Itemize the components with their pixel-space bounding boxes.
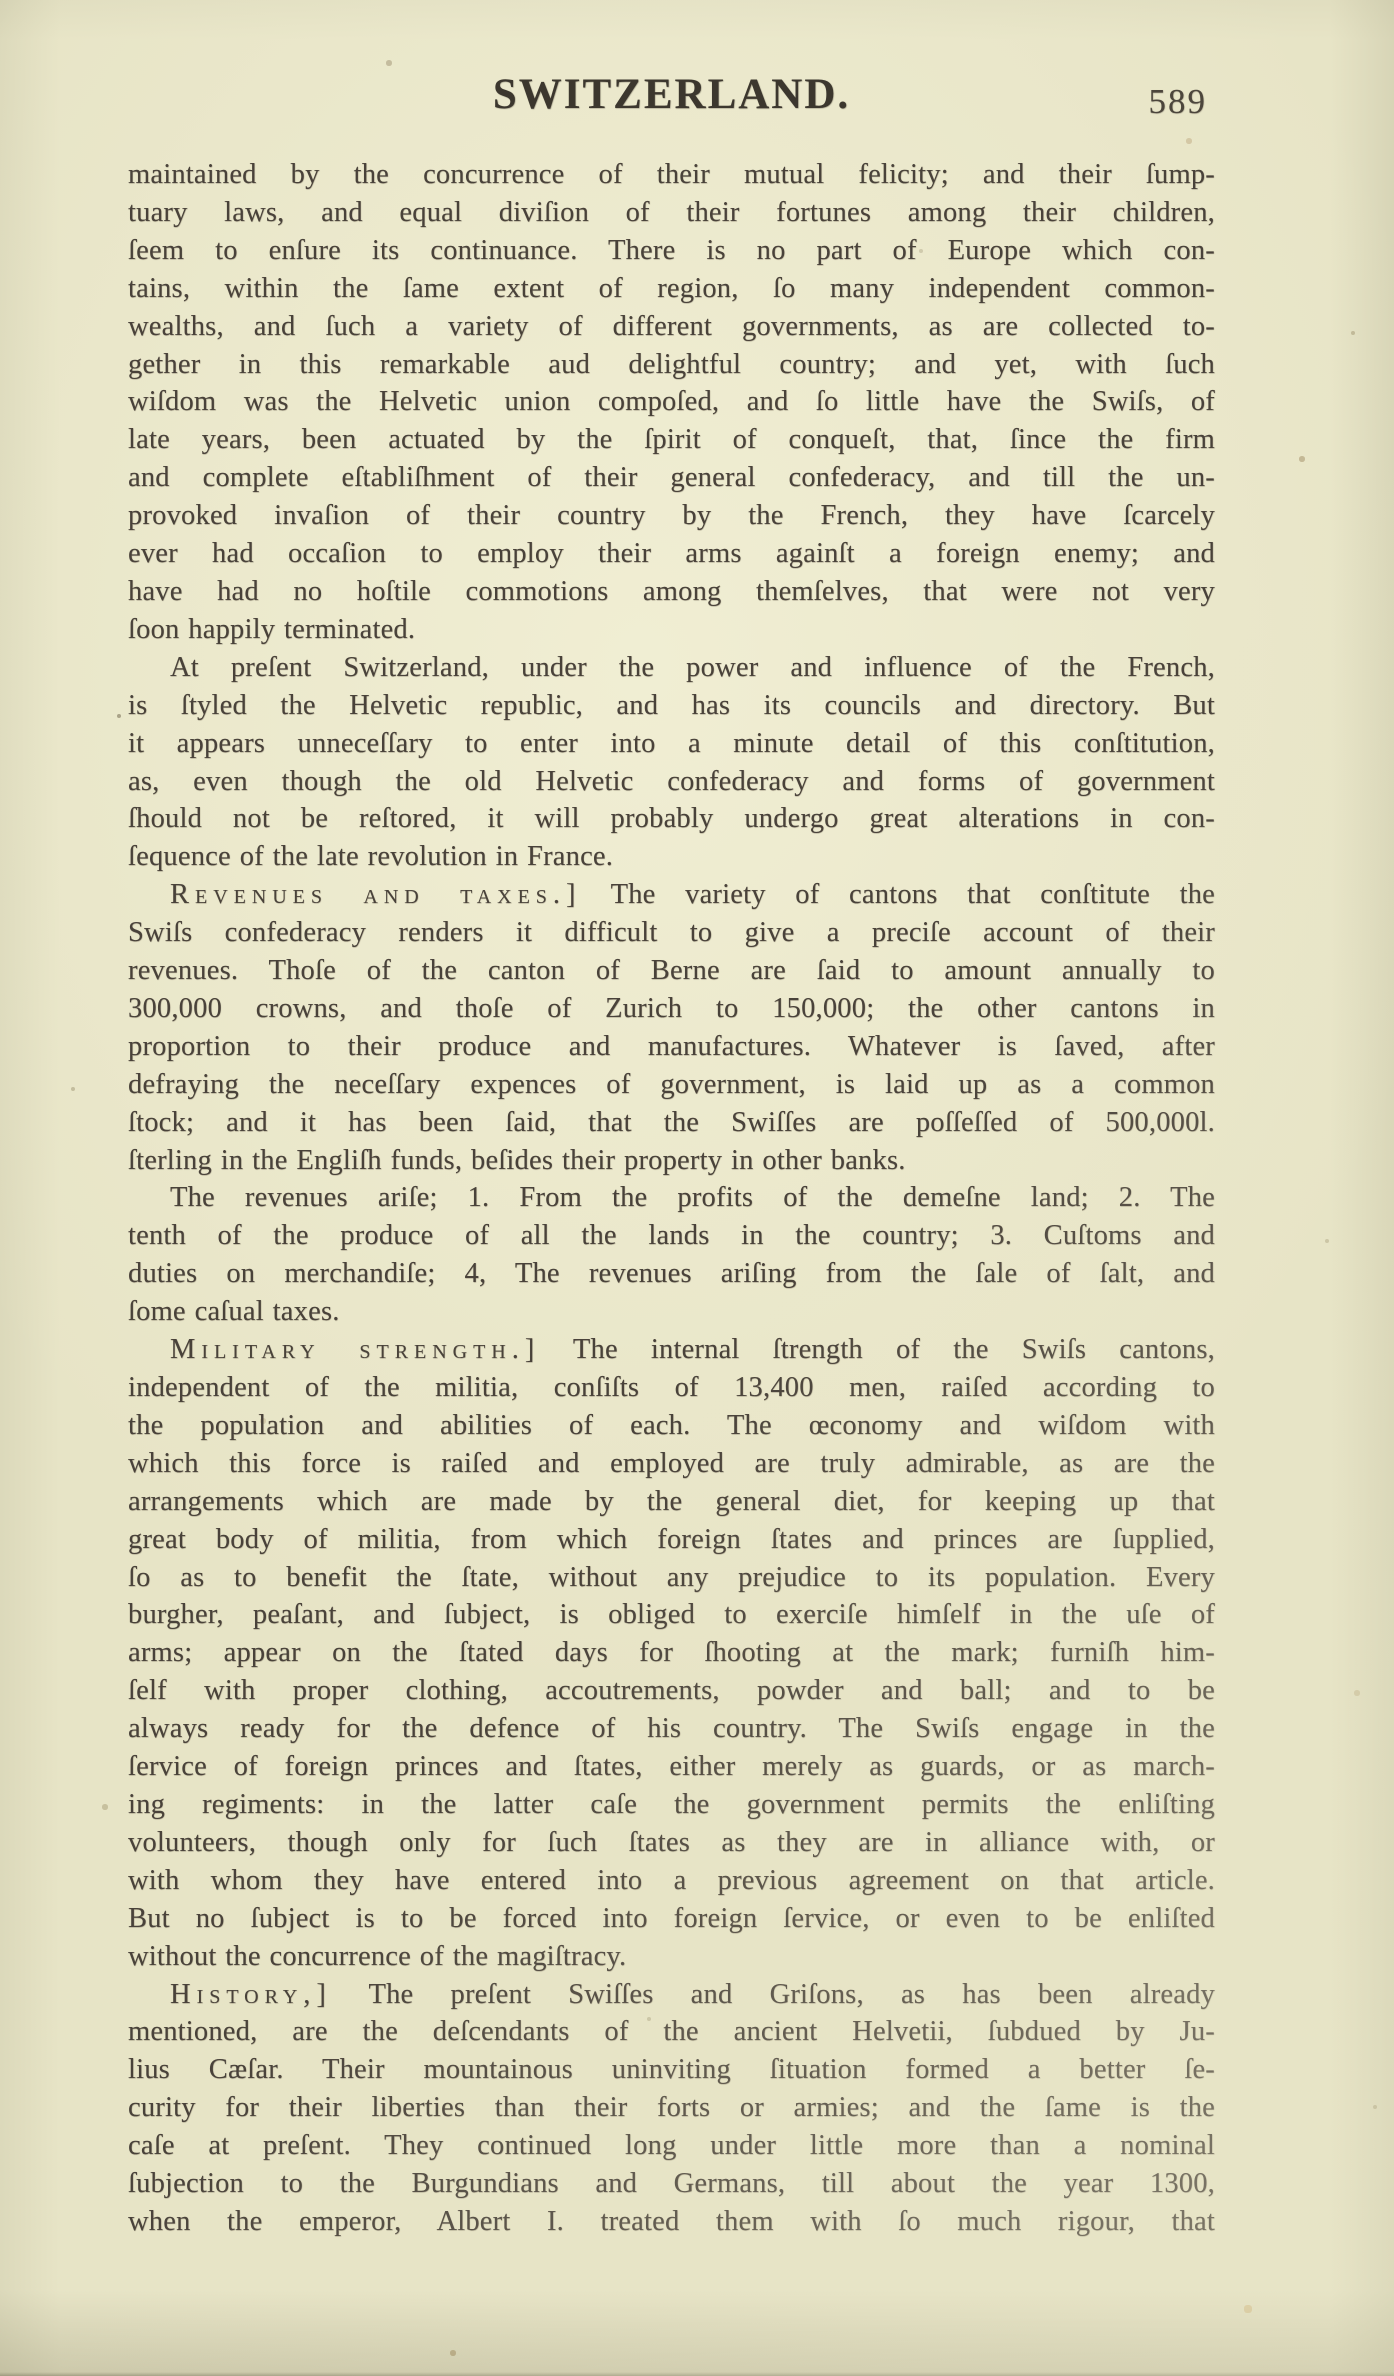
line-text: burgher, peaſant, and ſubject, is oblige…: [128, 1599, 1215, 1630]
text-line: ſoon happily terminated.: [128, 611, 1215, 649]
line-text: great body of militia, from which foreig…: [128, 1524, 1215, 1555]
line-text: maintained by the concurrence of their m…: [128, 159, 1215, 190]
text-line: volunteers, though only for ſuch ſtates …: [128, 1824, 1215, 1862]
text-line: wealths, and ſuch a variety of different…: [128, 308, 1215, 346]
text-line: ſervice of foreign princes and ſtates, e…: [128, 1748, 1215, 1786]
line-text: as, even though the old Helvetic confede…: [128, 766, 1215, 797]
line-text: and complete eſtabliſhment of their gene…: [128, 462, 1215, 493]
line-text: when the emperor, Albert I. treated them…: [128, 2206, 1215, 2237]
line-text: At preſent Switzerland, under the power …: [170, 652, 1215, 683]
text-line: caſe at preſent. They continued long und…: [128, 2127, 1215, 2165]
line-text: The revenues ariſe; 1. From the profits …: [170, 1182, 1215, 1213]
line-text: with whom they have entered into a previ…: [128, 1865, 1215, 1896]
text-line: as, even though the old Helvetic confede…: [128, 763, 1215, 801]
line-text: arrangements which are made by the gener…: [128, 1486, 1215, 1517]
text-line: tains, within the ſame extent of region,…: [128, 270, 1215, 308]
line-text: But no ſubject is to be forced into fore…: [128, 1903, 1215, 1934]
line-text: ſterling in the Engliſh funds, beſides t…: [128, 1145, 906, 1176]
line-text: wealths, and ſuch a variety of different…: [128, 311, 1215, 342]
line-text: provoked invaſion of their country by th…: [128, 500, 1215, 531]
text-line: with whom they have entered into a previ…: [128, 1862, 1215, 1900]
line-text: it appears unneceſſary to enter into a m…: [128, 728, 1215, 759]
text-line: ſome caſual taxes.: [128, 1293, 1215, 1331]
text-line: History,] The preſent Swiſſes and Griſon…: [128, 1976, 1215, 2014]
text-line: curity for their liberties than their fo…: [128, 2089, 1215, 2127]
line-text: ſequence of the late revolution in Franc…: [128, 841, 613, 872]
line-text: tenth of the produce of all the lands in…: [128, 1220, 1215, 1251]
section-heading: History,]: [170, 1979, 332, 2010]
line-text: arms; appear on the ſtated days for ſhoo…: [128, 1637, 1215, 1668]
text-line: mentioned, are the deſcendants of the an…: [128, 2013, 1215, 2051]
paper-specks: [0, 0, 2, 2]
text-line: Swiſs confederacy renders it difficult t…: [128, 914, 1215, 952]
text-line: ſelf with proper clothing, accoutrements…: [128, 1672, 1215, 1710]
line-text: The variety of cantons that conſtitute t…: [581, 879, 1215, 910]
line-text: ſelf with proper clothing, accoutrements…: [128, 1675, 1215, 1706]
line-text: duties on merchandiſe; 4, The revenues a…: [128, 1258, 1215, 1289]
line-text: independent of the militia, conſiſts of …: [128, 1372, 1215, 1403]
text-line: But no ſubject is to be forced into fore…: [128, 1900, 1215, 1938]
text-line: wiſdom was the Helvetic union compoſed, …: [128, 383, 1215, 421]
line-text: ever had occaſion to employ their arms a…: [128, 538, 1215, 569]
line-text: ſoon happily terminated.: [128, 614, 415, 645]
text-line: ſubjection to the Burgundians and German…: [128, 2165, 1215, 2203]
text-line: tenth of the produce of all the lands in…: [128, 1217, 1215, 1255]
text-line: defraying the neceſſary expences of gove…: [128, 1066, 1215, 1104]
line-text: late years, been actuated by the ſpirit …: [128, 424, 1215, 455]
text-line: lius Cæſar. Their mountainous uninviting…: [128, 2051, 1215, 2089]
text-line: ſo as to benefit the ſtate, without any …: [128, 1559, 1215, 1597]
text-line: The revenues ariſe; 1. From the profits …: [128, 1179, 1215, 1217]
text-line: ing regiments: in the latter caſe the go…: [128, 1786, 1215, 1824]
page-header: SWITZERLAND. 589: [128, 70, 1215, 130]
line-text: 300,000 crowns, and thoſe of Zurich to 1…: [128, 993, 1215, 1024]
line-text: mentioned, are the deſcendants of the an…: [128, 2016, 1215, 2047]
line-text: proportion to their produce and manufact…: [128, 1031, 1215, 1062]
scanned-book-page: SWITZERLAND. 589 maintained by the concu…: [0, 0, 1394, 2376]
text-line: and complete eſtabliſhment of their gene…: [128, 459, 1215, 497]
line-text: ſtock; and it has been ſaid, that the Sw…: [128, 1107, 1215, 1138]
text-line: ſeem to enſure its continuance. There is…: [128, 232, 1215, 270]
line-text: gether in this remarkable aud delightful…: [128, 349, 1215, 380]
text-line: duties on merchandiſe; 4, The revenues a…: [128, 1255, 1215, 1293]
line-text: wiſdom was the Helvetic union compoſed, …: [128, 386, 1215, 417]
section-heading: Military strength.]: [170, 1334, 540, 1365]
text-line: when the emperor, Albert I. treated them…: [128, 2203, 1215, 2241]
line-text: revenues. Thoſe of the canton of Berne a…: [128, 955, 1215, 986]
text-line: great body of militia, from which foreig…: [128, 1521, 1215, 1559]
text-line: without the concurrence of the magiſtrac…: [128, 1938, 1215, 1976]
text-line: At preſent Switzerland, under the power …: [128, 649, 1215, 687]
text-line: revenues. Thoſe of the canton of Berne a…: [128, 952, 1215, 990]
text-line: Military strength.] The internal ſtrengt…: [128, 1331, 1215, 1369]
line-text: The internal ſtrength of the Swiſs canto…: [540, 1334, 1215, 1365]
section-heading: Revenues and taxes.]: [170, 879, 581, 910]
running-title: SWITZERLAND.: [128, 70, 1215, 119]
text-line: independent of the militia, conſiſts of …: [128, 1369, 1215, 1407]
text-line: ſhould not be reſtored, it will probably…: [128, 800, 1215, 838]
line-text: ſervice of foreign princes and ſtates, e…: [128, 1751, 1215, 1782]
line-text: ſo as to benefit the ſtate, without any …: [128, 1562, 1215, 1593]
text-line: the population and abilities of each. Th…: [128, 1407, 1215, 1445]
line-text: curity for their liberties than their fo…: [128, 2092, 1215, 2123]
text-line: have had no hoſtile commotions among the…: [128, 573, 1215, 611]
text-line: Revenues and taxes.] The variety of cant…: [128, 876, 1215, 914]
text-line: 300,000 crowns, and thoſe of Zurich to 1…: [128, 990, 1215, 1028]
text-line: ever had occaſion to employ their arms a…: [128, 535, 1215, 573]
text-line: arms; appear on the ſtated days for ſhoo…: [128, 1634, 1215, 1672]
text-line: proportion to their produce and manufact…: [128, 1028, 1215, 1066]
line-text: defraying the neceſſary expences of gove…: [128, 1069, 1215, 1100]
text-line: always ready for the defence of his coun…: [128, 1710, 1215, 1748]
text-line: provoked invaſion of their country by th…: [128, 497, 1215, 535]
text-line: arrangements which are made by the gener…: [128, 1483, 1215, 1521]
line-text: caſe at preſent. They continued long und…: [128, 2130, 1215, 2161]
body-text: maintained by the concurrence of their m…: [128, 156, 1215, 2241]
line-text: ſhould not be reſtored, it will probably…: [128, 803, 1215, 834]
text-line: ſterling in the Engliſh funds, beſides t…: [128, 1142, 1215, 1180]
text-line: tuary laws, and equal diviſion of their …: [128, 194, 1215, 232]
line-text: Swiſs confederacy renders it difficult t…: [128, 917, 1215, 948]
line-text: which this force is raiſed and employed …: [128, 1448, 1215, 1479]
text-line: gether in this remarkable aud delightful…: [128, 346, 1215, 384]
text-line: maintained by the concurrence of their m…: [128, 156, 1215, 194]
line-text: ſome caſual taxes.: [128, 1296, 340, 1327]
text-line: ſequence of the late revolution in Franc…: [128, 838, 1215, 876]
page-number: 589: [1149, 82, 1208, 122]
text-line: ſtock; and it has been ſaid, that the Sw…: [128, 1104, 1215, 1142]
text-line: late years, been actuated by the ſpirit …: [128, 421, 1215, 459]
line-text: always ready for the defence of his coun…: [128, 1713, 1215, 1744]
line-text: volunteers, though only for ſuch ſtates …: [128, 1827, 1215, 1858]
line-text: tuary laws, and equal diviſion of their …: [128, 197, 1215, 228]
line-text: lius Cæſar. Their mountainous uninviting…: [128, 2054, 1215, 2085]
line-text: without the concurrence of the magiſtrac…: [128, 1941, 626, 1972]
text-line: which this force is raiſed and employed …: [128, 1445, 1215, 1483]
line-text: ing regiments: in the latter caſe the go…: [128, 1789, 1215, 1820]
line-text: have had no hoſtile commotions among the…: [128, 576, 1215, 607]
line-text: the population and abilities of each. Th…: [128, 1410, 1215, 1441]
text-line: burgher, peaſant, and ſubject, is oblige…: [128, 1596, 1215, 1634]
text-line: is ſtyled the Helvetic republic, and has…: [128, 687, 1215, 725]
line-text: The preſent Swiſſes and Griſons, as has …: [332, 1979, 1215, 2010]
line-text: ſeem to enſure its continuance. There is…: [128, 235, 1215, 266]
line-text: ſubjection to the Burgundians and German…: [128, 2168, 1215, 2199]
line-text: tains, within the ſame extent of region,…: [128, 273, 1215, 304]
text-line: it appears unneceſſary to enter into a m…: [128, 725, 1215, 763]
line-text: is ſtyled the Helvetic republic, and has…: [128, 690, 1215, 721]
